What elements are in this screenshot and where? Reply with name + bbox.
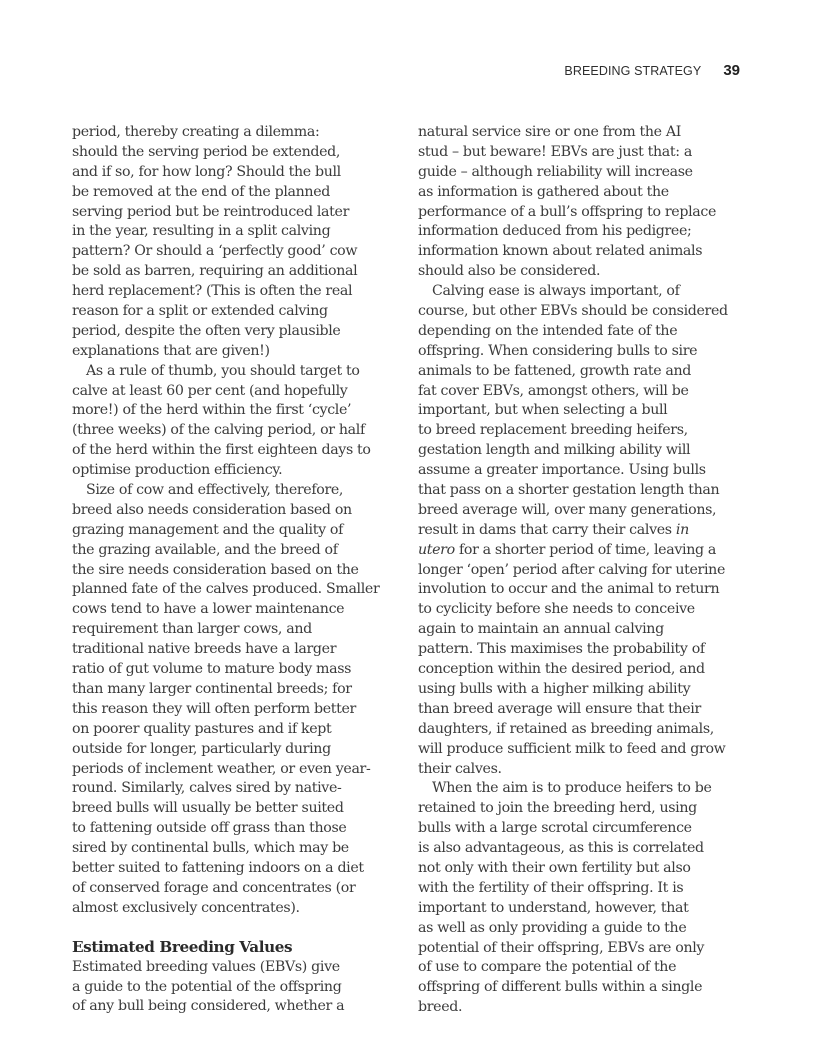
- italic-term: in: [676, 522, 689, 538]
- text-line: calve at least 60 per cent (and hopefull…: [72, 382, 402, 402]
- text-run: for a shorter period of time, leaving a: [455, 542, 716, 558]
- text-line: than many larger continental breeds; for: [72, 680, 402, 700]
- text-line: important, but when selecting a bull: [418, 401, 758, 421]
- text-line: periods of inclement weather, or even ye…: [72, 760, 402, 780]
- text-line: not only with their own fertility but al…: [418, 859, 758, 879]
- text-line: requirement than larger cows, and: [72, 620, 402, 640]
- running-head-title: BREEDING STRATEGY: [564, 64, 701, 78]
- text-line: pattern. This maximises the probability …: [418, 640, 758, 660]
- text-line: breed bulls will usually be better suite…: [72, 799, 402, 819]
- paragraph: As a rule of thumb, you should target to…: [72, 362, 402, 481]
- text-line: optimise production efficiency.: [72, 461, 402, 481]
- paragraph: When the aim is to produce heifers to be…: [418, 779, 758, 1018]
- text-line: using bulls with a higher milking abilit…: [418, 680, 758, 700]
- text-line: the sire needs consideration based on th…: [72, 561, 402, 581]
- text-line: course, but other EBVs should be conside…: [418, 302, 758, 322]
- left-column: period, thereby creating a dilemma: shou…: [72, 123, 402, 1017]
- text-line: explanations that are given!): [72, 342, 402, 362]
- text-line: outside for longer, particularly during: [72, 740, 402, 760]
- text-line: of any bull being considered, whether a: [72, 997, 402, 1017]
- text-line: breed average will, over many generation…: [418, 501, 758, 521]
- text-line: is also advantageous, as this is correla…: [418, 839, 758, 859]
- text-line: stud – but beware! EBVs are just that: a: [418, 143, 758, 163]
- text-line: pattern? Or should a ‘perfectly good’ co…: [72, 242, 402, 262]
- text-line: to fattening outside off grass than thos…: [72, 819, 402, 839]
- text-line: of use to compare the potential of the: [418, 958, 758, 978]
- text-line: breed.: [418, 998, 758, 1018]
- text-line: period, thereby creating a dilemma:: [72, 123, 402, 143]
- text-line: offspring of different bulls within a si…: [418, 978, 758, 998]
- paragraph: Estimated breeding values (EBVs) give a …: [72, 958, 402, 1018]
- text-line: retained to join the breeding herd, usin…: [418, 799, 758, 819]
- text-line: Calving ease is always important, of: [418, 282, 758, 302]
- text-line: a guide to the potential of the offsprin…: [72, 978, 402, 998]
- text-line: period, despite the often very plausible: [72, 322, 402, 342]
- text-line: as information is gathered about the: [418, 183, 758, 203]
- text-line: with the fertility of their offspring. I…: [418, 879, 758, 899]
- text-line: of conserved forage and concentrates (or: [72, 879, 402, 899]
- text-line: to cyclicity before she needs to conceiv…: [418, 600, 758, 620]
- paragraph: Calving ease is always important, of cou…: [418, 282, 758, 779]
- text-line: breed also needs consideration based on: [72, 501, 402, 521]
- text-line: When the aim is to produce heifers to be: [418, 779, 758, 799]
- text-line: better suited to fattening indoors on a …: [72, 859, 402, 879]
- text-line: on poorer quality pastures and if kept: [72, 720, 402, 740]
- text-line: utero for a shorter period of time, leav…: [418, 541, 758, 561]
- text-line: of the herd within the first eighteen da…: [72, 441, 402, 461]
- text-line: round. Similarly, calves sired by native…: [72, 779, 402, 799]
- text-line: sired by continental bulls, which may be: [72, 839, 402, 859]
- text-line: guide – although reliability will increa…: [418, 163, 758, 183]
- text-line: gestation length and milking ability wil…: [418, 441, 758, 461]
- text-line: grazing management and the quality of: [72, 521, 402, 541]
- right-column: natural service sire or one from the AI …: [418, 123, 758, 1018]
- text-line: information known about related animals: [418, 242, 758, 262]
- text-line: be removed at the end of the planned: [72, 183, 402, 203]
- text-line: result in dams that carry their calves i…: [418, 521, 758, 541]
- text-line: serving period but be reintroduced later: [72, 203, 402, 223]
- paragraph: natural service sire or one from the AI …: [418, 123, 758, 282]
- text-line: should also be considered.: [418, 262, 758, 282]
- text-line: almost exclusively concentrates).: [72, 899, 402, 919]
- text-line: important to understand, however, that: [418, 899, 758, 919]
- text-line: bulls with a large scrotal circumference: [418, 819, 758, 839]
- text-line: performance of a bull’s offspring to rep…: [418, 203, 758, 223]
- text-line: natural service sire or one from the AI: [418, 123, 758, 143]
- text-line: again to maintain an annual calving: [418, 620, 758, 640]
- text-line: As a rule of thumb, you should target to: [72, 362, 402, 382]
- text-line: offspring. When considering bulls to sir…: [418, 342, 758, 362]
- section-heading: Estimated Breeding Values: [72, 938, 402, 958]
- text-line: depending on the intended fate of the: [418, 322, 758, 342]
- text-line: ratio of gut volume to mature body mass: [72, 660, 402, 680]
- text-line: that pass on a shorter gestation length …: [418, 481, 758, 501]
- text-line: planned fate of the calves produced. Sma…: [72, 580, 402, 600]
- text-line: (three weeks) of the calving period, or …: [72, 421, 402, 441]
- paragraph: Size of cow and effectively, therefore, …: [72, 481, 402, 919]
- text-line: and if so, for how long? Should the bull: [72, 163, 402, 183]
- text-line: assume a greater importance. Using bulls: [418, 461, 758, 481]
- paragraph: period, thereby creating a dilemma: shou…: [72, 123, 402, 362]
- text-line: traditional native breeds have a larger: [72, 640, 402, 660]
- text-line: more!) of the herd within the first ‘cyc…: [72, 401, 402, 421]
- text-line: conception within the desired period, an…: [418, 660, 758, 680]
- italic-term: utero: [418, 542, 455, 558]
- text-line: cows tend to have a lower maintenance: [72, 600, 402, 620]
- text-line: will produce sufficient milk to feed and…: [418, 740, 758, 760]
- text-line: animals to be fattened, growth rate and: [418, 362, 758, 382]
- text-line: fat cover EBVs, amongst others, will be: [418, 382, 758, 402]
- text-line: be sold as barren, requiring an addition…: [72, 262, 402, 282]
- text-line: herd replacement? (This is often the rea…: [72, 282, 402, 302]
- page-number: 39: [723, 62, 740, 79]
- text-line: information deduced from his pedigree;: [418, 222, 758, 242]
- text-line: in the year, resulting in a split calvin…: [72, 222, 402, 242]
- running-header: BREEDING STRATEGY 39: [0, 62, 740, 82]
- text-line: the grazing available, and the breed of: [72, 541, 402, 561]
- text-line: reason for a split or extended calving: [72, 302, 402, 322]
- text-line: as well as only providing a guide to the: [418, 919, 758, 939]
- text-line: involution to occur and the animal to re…: [418, 580, 758, 600]
- text-line: than breed average will ensure that thei…: [418, 700, 758, 720]
- text-line: should the serving period be extended,: [72, 143, 402, 163]
- text-line: potential of their offspring, EBVs are o…: [418, 939, 758, 959]
- text-line: daughters, if retained as breeding anima…: [418, 720, 758, 740]
- text-line: their calves.: [418, 760, 758, 780]
- text-line: to breed replacement breeding heifers,: [418, 421, 758, 441]
- text-line: Estimated breeding values (EBVs) give: [72, 958, 402, 978]
- text-line: Size of cow and effectively, therefore,: [72, 481, 402, 501]
- text-run: result in dams that carry their calves: [418, 522, 676, 538]
- text-line: longer ‘open’ period after calving for u…: [418, 561, 758, 581]
- text-line: this reason they will often perform bett…: [72, 700, 402, 720]
